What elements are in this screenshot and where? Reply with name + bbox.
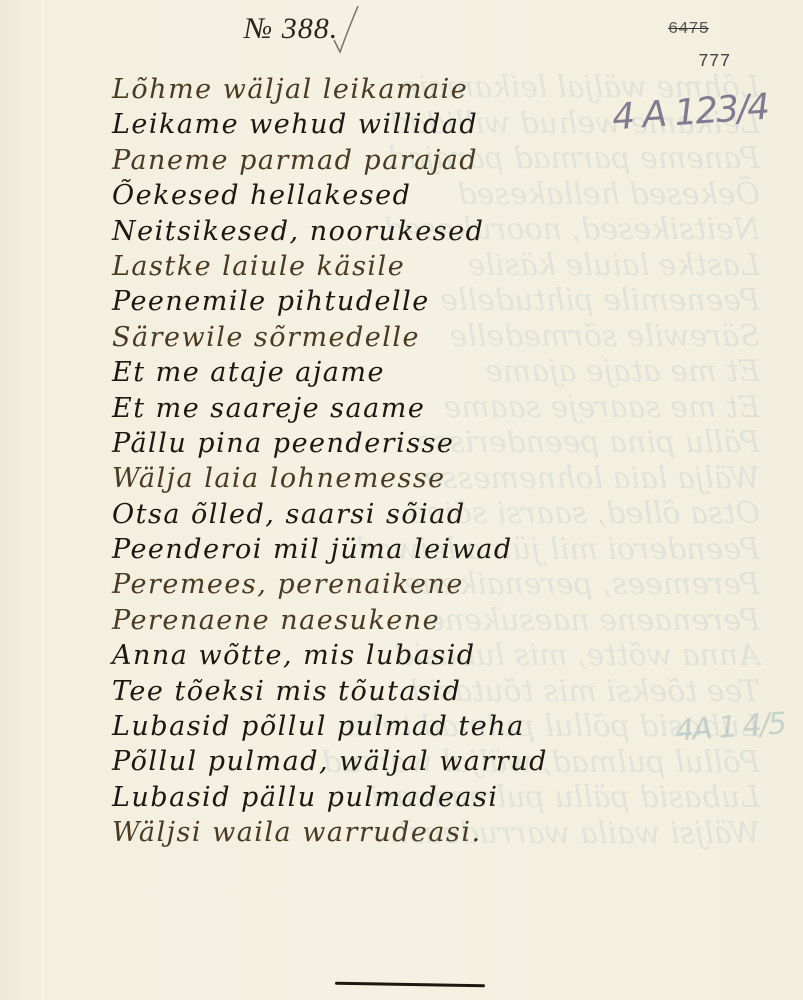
poem-line: Perenaene naesukene (112, 603, 712, 638)
poem-line: Otsa õlled, saarsi sõiad (112, 497, 712, 532)
poem-line: Särewile sõrmedelle (112, 320, 712, 355)
archive-old-number: 6475 (668, 20, 709, 39)
archive-new-number: 777 (698, 52, 730, 72)
poem-line: Põllul pulmad, wäljal warrud (112, 744, 712, 779)
poem-line: Peenderoi mil jüma leiwad (112, 532, 712, 567)
poem-line: Peenemile pihtudelle (112, 284, 712, 319)
poem-line: Lastke laiule käsile (112, 249, 712, 284)
poem-line: Peremees, perenaikene (112, 567, 712, 602)
poem-line: Paneme parmad parajad (112, 143, 712, 178)
poem-line: Õekesed hellakesed (112, 178, 712, 213)
check-mark-icon (330, 4, 360, 54)
poem-line: Leikame wehud willidad (112, 107, 712, 142)
poem-text: Lõhme wäljal leikamaie Leikame wehud wil… (112, 72, 712, 851)
poem-line: Wäljsi waila warrudeasi. (112, 815, 712, 850)
poem-line: Pällu pina peenderisse (112, 426, 712, 461)
poem-line: Et me ataje ajame (112, 355, 712, 390)
paper-fold (42, 0, 44, 1000)
poem-line: Lõhme wäljal leikamaie (112, 72, 712, 107)
poem-line: Lubasid põllul pulmad teha (112, 709, 712, 744)
manuscript-page: Lõhme wäljal leikamaie Leikame wehud wil… (0, 0, 803, 1000)
manuscript-number: № 388. (244, 12, 338, 46)
poem-line: Wälja laia lohnemesse (112, 461, 712, 496)
closing-flourish-line (335, 982, 485, 988)
poem-line: Tee tõeksi mis tõutasid (112, 674, 712, 709)
poem-line: Lubasid pällu pulmadeasi (112, 780, 712, 815)
poem-line: Anna wõtte, mis lubasid (112, 638, 712, 673)
poem-line: Neitsikesed, noorukesed (112, 214, 712, 249)
poem-line: Et me saareje saame (112, 391, 712, 426)
